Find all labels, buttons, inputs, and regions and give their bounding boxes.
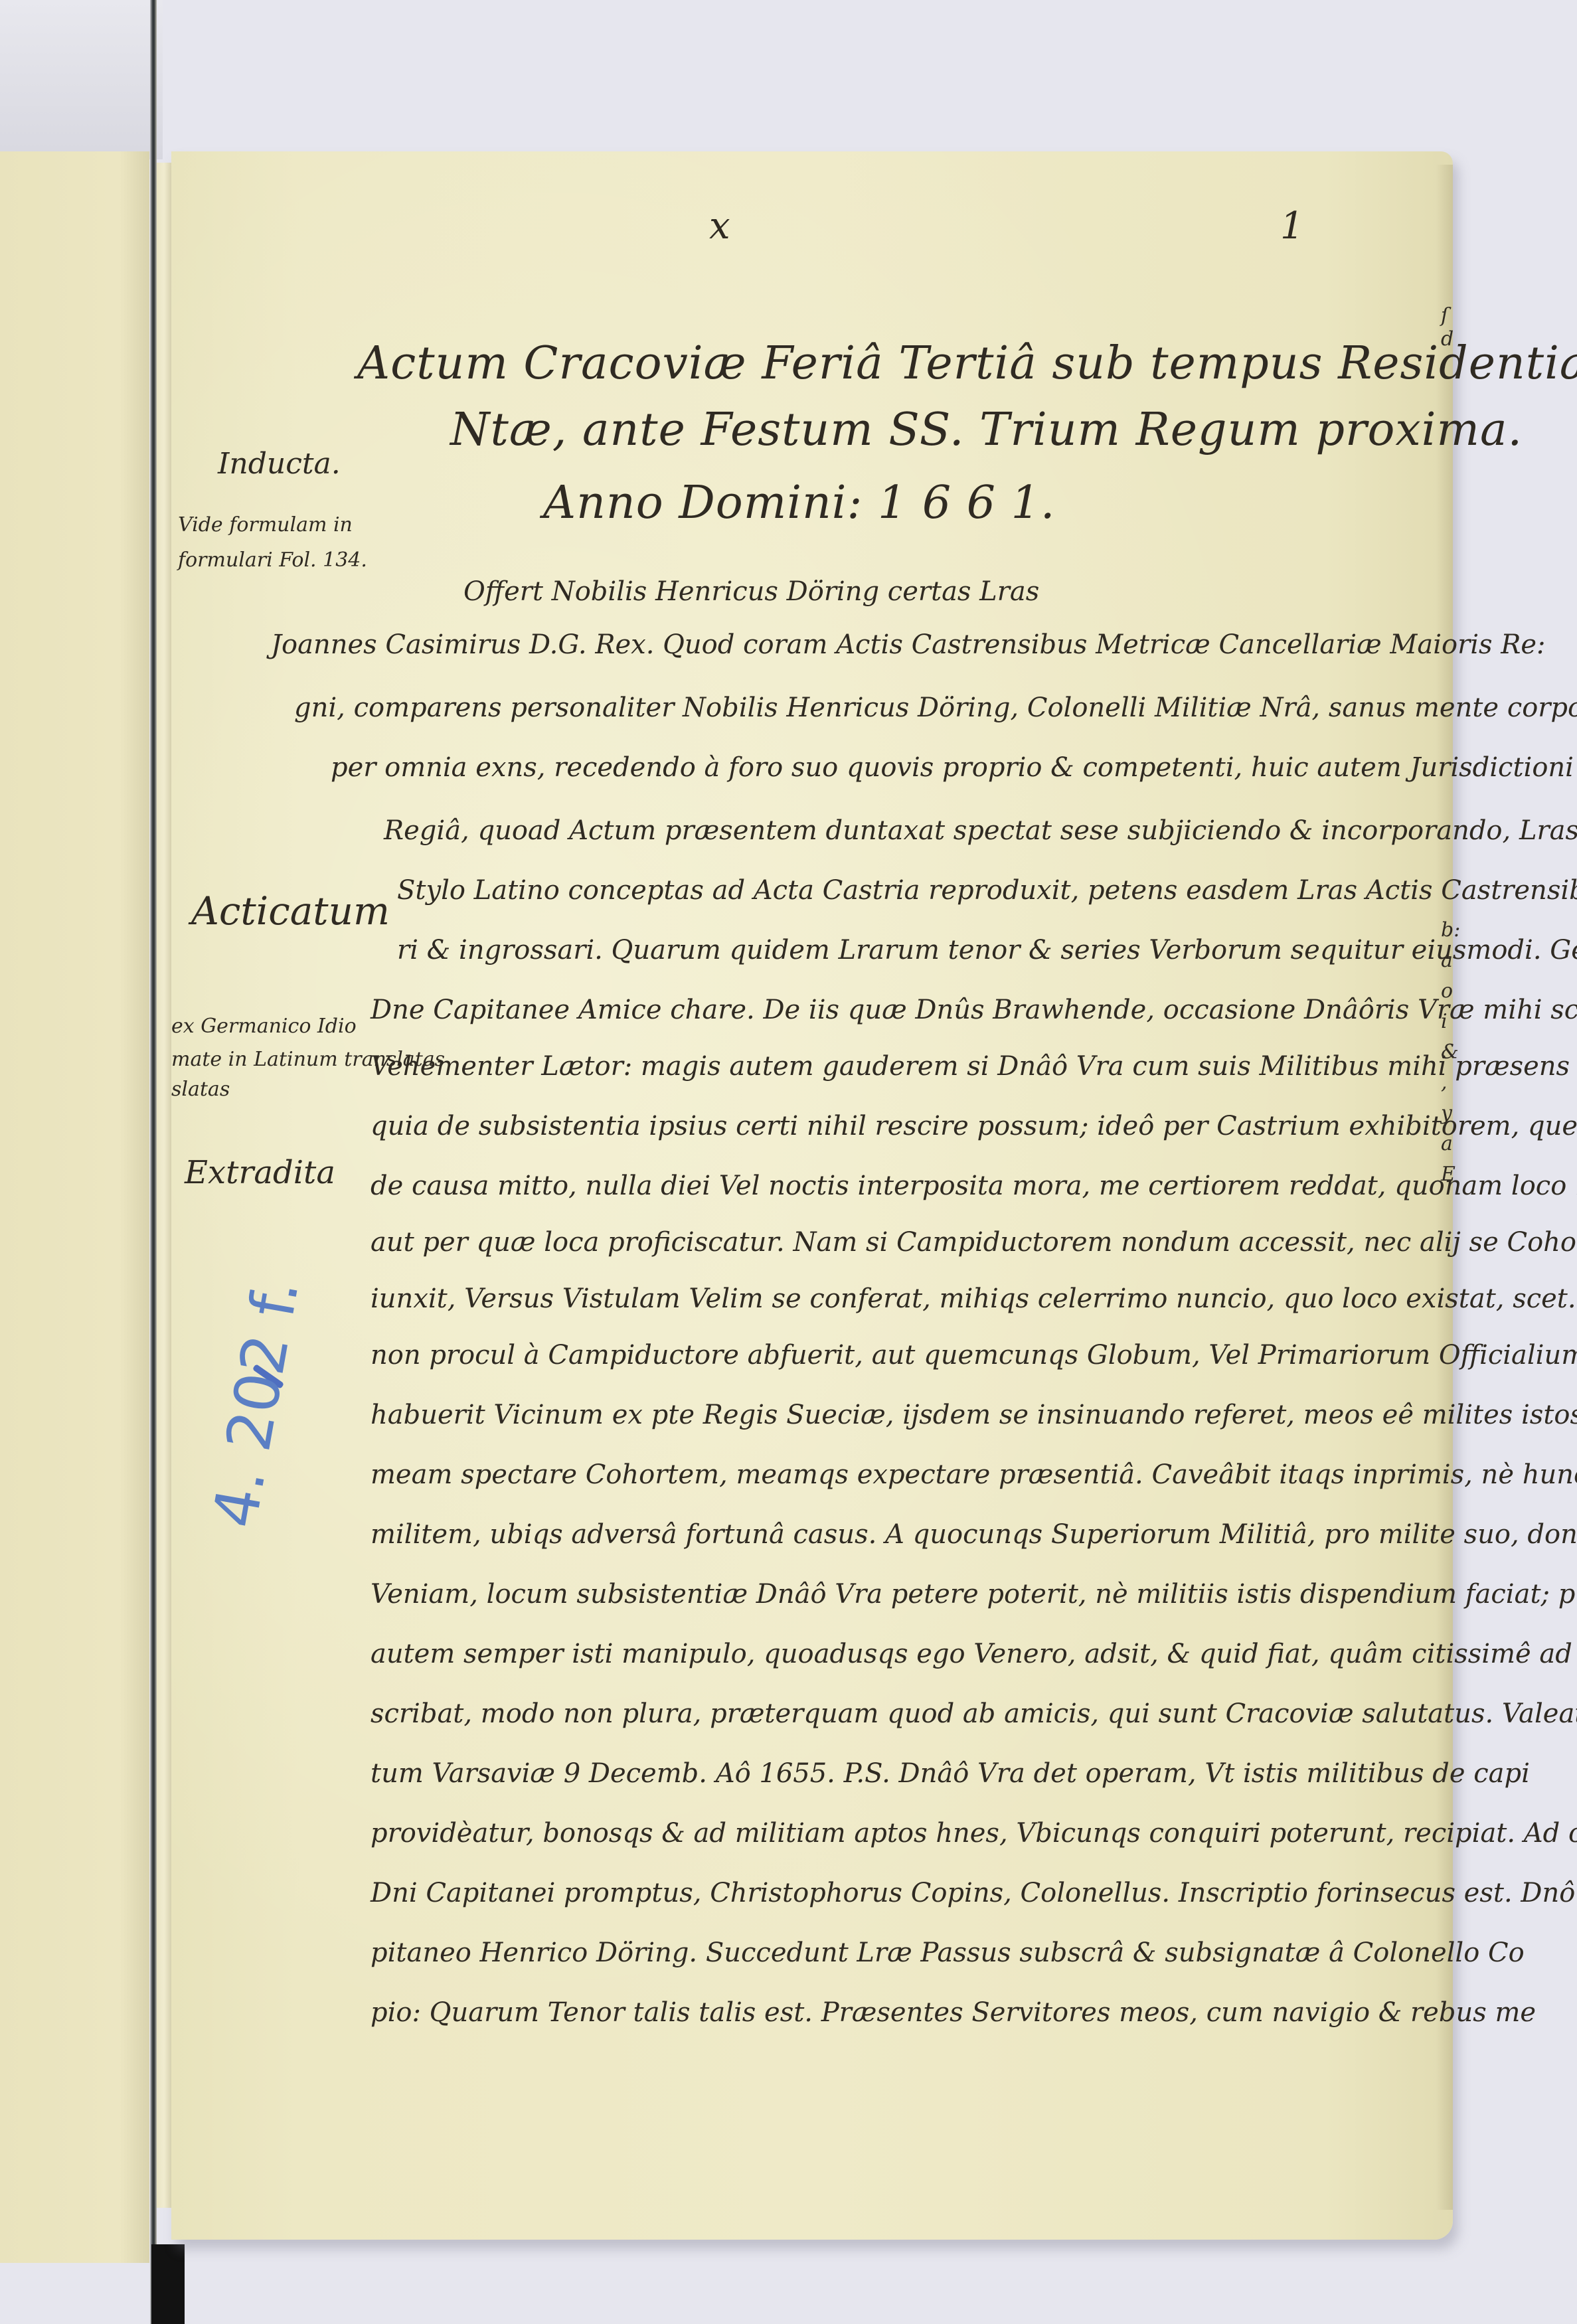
margin-note-formulari: formulari Fol. 134. — [178, 548, 367, 572]
manuscript-page: x 1 Actum Cracoviæ Feriâ Tertiâ sub temp… — [171, 151, 1453, 2240]
body-line: gni, comparens personaliter Nobilis Henr… — [294, 693, 1577, 723]
body-line: Stylo Latino conceptas ad Acta Castria r… — [397, 875, 1577, 906]
body-line: de causa mitto, nulla diei Vel noctis in… — [371, 1171, 1577, 1201]
edge-marks-middle: b:aoi&,yaE — [1441, 915, 1460, 1190]
body-line: Joannes Casimirus D.G. Rex. Quod coram A… — [271, 629, 1546, 660]
body-line: militem, ubiqs adversâ fortunâ casus. A … — [371, 1519, 1577, 1550]
margin-note-acticatum: Acticatum — [191, 888, 390, 934]
margin-note-vide: Vide formulam in — [178, 513, 353, 537]
page-number: 1 — [1280, 205, 1304, 248]
body-line: aut per quæ loca proficiscatur. Nam si C… — [371, 1227, 1577, 1258]
body-line: tum Varsaviæ 9 Decemb. Aô 1655. P.S. Dnâ… — [371, 1758, 1530, 1789]
binding-shadow — [151, 2244, 185, 2324]
title-line-2: Ntæ, ante Festum SS. Trium Regum proxima… — [450, 404, 1523, 456]
book-gutter — [150, 0, 157, 2324]
edge-marks-top: ſd: — [1441, 304, 1453, 374]
body-line: Veniam, locum subsistentiæ Dnâô Vra pete… — [371, 1579, 1577, 1610]
title-line-1: Actum Cracoviæ Feriâ Tertiâ sub tempus R… — [357, 337, 1577, 390]
body-line: quia de subsistentia ipsius certi nihil … — [371, 1111, 1577, 1141]
margin-note-inducta: Inducta. — [218, 447, 341, 481]
scanner-background — [0, 0, 163, 159]
margin-note-ex-germanico: ex Germanico Idio — [171, 1015, 357, 1038]
body-line: autem semper isti manipulo, quoadusqs eg… — [371, 1639, 1577, 1669]
title-line-3: Anno Domini: 1 6 6 1. — [543, 477, 1056, 529]
body-line: scribat, modo non plura, præterquam quod… — [371, 1699, 1577, 1729]
body-line: ri & ingrossari. Quarum quidem Lrarum te… — [397, 935, 1577, 965]
body-line: habuerit Vicinum ex pte Regis Sueciæ, ij… — [371, 1400, 1577, 1430]
margin-note-extradita: Extradita — [185, 1154, 335, 1191]
body-line: Dne Capitanee Amice chare. De iis quæ Dn… — [371, 995, 1577, 1025]
body-line: Regiâ, quoad Actum præsentem duntaxat sp… — [384, 815, 1577, 846]
body-line: Dni Capitanei promptus, Christophorus Co… — [371, 1878, 1577, 1908]
body-line: providèatur, bonosqs & ad militiam aptos… — [371, 1818, 1577, 1849]
folio-mark: x — [709, 205, 730, 248]
body-line: non procul à Campiductore abfuerit, aut … — [371, 1340, 1577, 1370]
body-line: Offert Nobilis Henricus Döring certas Lr… — [463, 576, 1039, 607]
facing-page-edge — [0, 151, 149, 2263]
margin-note-slatas: slatas — [171, 1078, 230, 1101]
body-line: iunxit, Versus Vistulam Velim se confera… — [371, 1284, 1577, 1314]
body-line: pitaneo Henrico Döring. Succedunt Lræ Pa… — [371, 1938, 1525, 1968]
body-line: meam spectare Cohortem, meamqs expectare… — [371, 1459, 1577, 1490]
body-line: pio: Quarum Tenor talis talis est. Præse… — [371, 1997, 1536, 2028]
body-line: per omnia exns, recedendo à foro suo quo… — [331, 752, 1577, 783]
body-line: Vehementer Lætor: magis autem gauderem s… — [371, 1051, 1577, 1082]
binding-strip — [157, 163, 171, 2208]
